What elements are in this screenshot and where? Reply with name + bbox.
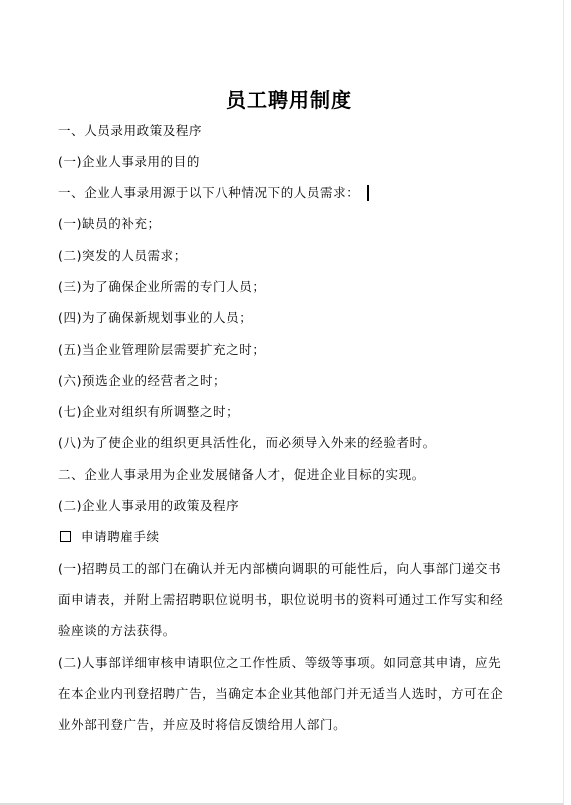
checkbox-icon[interactable] — [60, 531, 71, 542]
paragraph-step-1-line-1: (一)招聘员工的部门在确认并无内部横向调职的可能性后，向人事部门递交书 — [58, 561, 501, 577]
list-item-need-6: (六)预选企业的经营者之时； — [58, 373, 226, 389]
subsection-heading-policy: (二)企业人事录用的政策及程序 — [58, 498, 239, 514]
list-item-need-4: (四)为了确保新规划事业的人员； — [58, 310, 252, 326]
paragraph-step-2-line-1: (二)人事部详细审核申请职位之工作性质、等级等事项。如同意其申请，应先 — [58, 655, 501, 671]
paragraph-step-1-line-3: 验座谈的方法获得。 — [58, 623, 176, 639]
paragraph-step-1-line-2: 面申请表，并附上需招聘职位说明书，职位说明书的资料可通过工作写实和经 — [58, 592, 503, 608]
list-item-need-3: (三)为了确保企业所需的专门人员； — [58, 279, 265, 295]
list-item-need-8: (八)为了使企业的组织更具活性化，而必须导入外来的经验者时。 — [58, 435, 436, 451]
paragraph-needs-intro-text: 一、企业人事录用源于以下八种情况下的人员需求： — [58, 185, 359, 200]
document-page: 员工聘用制度 一、人员录用政策及程序 (一)企业人事录用的目的 一、企业人事录用… — [0, 0, 564, 805]
list-item-need-1: (一)缺员的补充； — [58, 216, 161, 232]
section-heading-2: 二、企业人事录用为企业发展储备人才，促进企业目标的实现。 — [58, 467, 425, 483]
document-title: 员工聘用制度 — [0, 86, 571, 114]
paragraph-step-2-line-3: 业外部刊登广告，并应及时将信反馈给用人部门。 — [58, 717, 346, 733]
subsection-heading-purpose: (一)企业人事录用的目的 — [58, 154, 200, 170]
paragraph-step-2-line-2: 在本企业内刊登招聘广告，当确定本企业其他部门并无适当人选时，方可在企 — [58, 686, 503, 702]
paragraph-needs-intro[interactable]: 一、企业人事录用源于以下八种情况下的人员需求： — [58, 185, 369, 202]
checkbox-item-label: 申请聘雇手续 — [81, 529, 160, 544]
list-item-need-7: (七)企业对组织有所调整之时； — [58, 404, 239, 420]
list-item-need-5: (五)当企业管理阶层需要扩充之时； — [58, 342, 265, 358]
section-heading-1: 一、人员录用政策及程序 — [58, 123, 202, 139]
list-item-need-2: (二)突发的人员需求； — [58, 248, 187, 264]
text-cursor-icon — [367, 185, 369, 201]
checkbox-item-application[interactable]: 申请聘雇手续 — [58, 529, 160, 545]
